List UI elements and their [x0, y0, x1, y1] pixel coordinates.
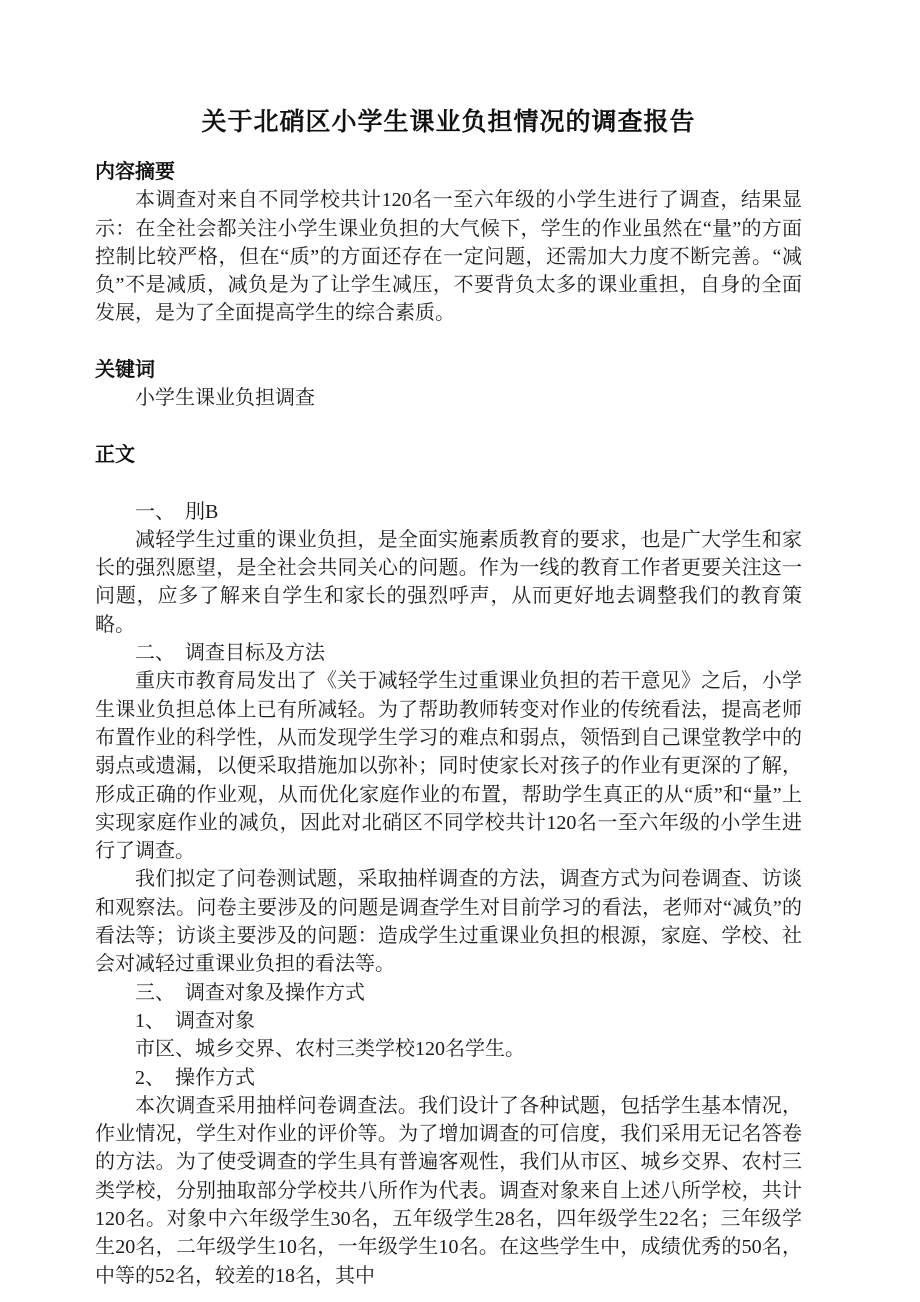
body-paragraph: 我们拟定了问卷测试题，采取抽样调查的方法，调查方式为问卷调查、访谈和观察法。问卷… — [95, 865, 802, 978]
body-paragraph: 重庆市教育局发出了《关于减轻学生过重课业负担的若干意见》之后，小学生课业负担总体… — [95, 667, 802, 865]
page-title: 关于北硝区小学生课业负担情况的调查报告 — [95, 100, 802, 144]
list-item-heading-two: 二、 调查目标及方法 — [95, 639, 802, 667]
abstract-paragraph: 本调查对来自不同学校共计120名一至六年级的小学生进行了调查，结果显示：在全社会… — [95, 186, 802, 327]
section-heading-body: 正文 — [95, 441, 802, 469]
list-subitem-2: 2、 操作方式 — [95, 1064, 802, 1092]
section-heading-abstract: 内容摘要 — [95, 158, 802, 186]
document-page: 关于北硝区小学生课业负担情况的调查报告 内容摘要 本调查对来自不同学校共计120… — [0, 0, 920, 1302]
body-paragraph: 市区、城乡交界、农村三类学校120名学生。 — [95, 1035, 802, 1063]
list-item-heading-three: 三、 调查对象及操作方式 — [95, 979, 802, 1007]
body-paragraph: 减轻学生过重的课业负担，是全面实施素质教育的要求，也是广大学生和家长的强烈愿望，… — [95, 526, 802, 639]
list-subitem-1: 1、 调查对象 — [95, 1007, 802, 1035]
blank-line — [95, 413, 802, 441]
blank-line — [95, 328, 802, 356]
blank-line — [95, 469, 802, 497]
keywords-paragraph: 小学生课业负担调查 — [95, 384, 802, 412]
section-heading-keywords: 关键词 — [95, 356, 802, 384]
body-paragraph: 本次调查采用抽样问卷调查法。我们设计了各种试题，包括学生基本情况，作业情况，学生… — [95, 1092, 802, 1290]
list-item-heading-one: 一、 刖B — [95, 498, 802, 526]
